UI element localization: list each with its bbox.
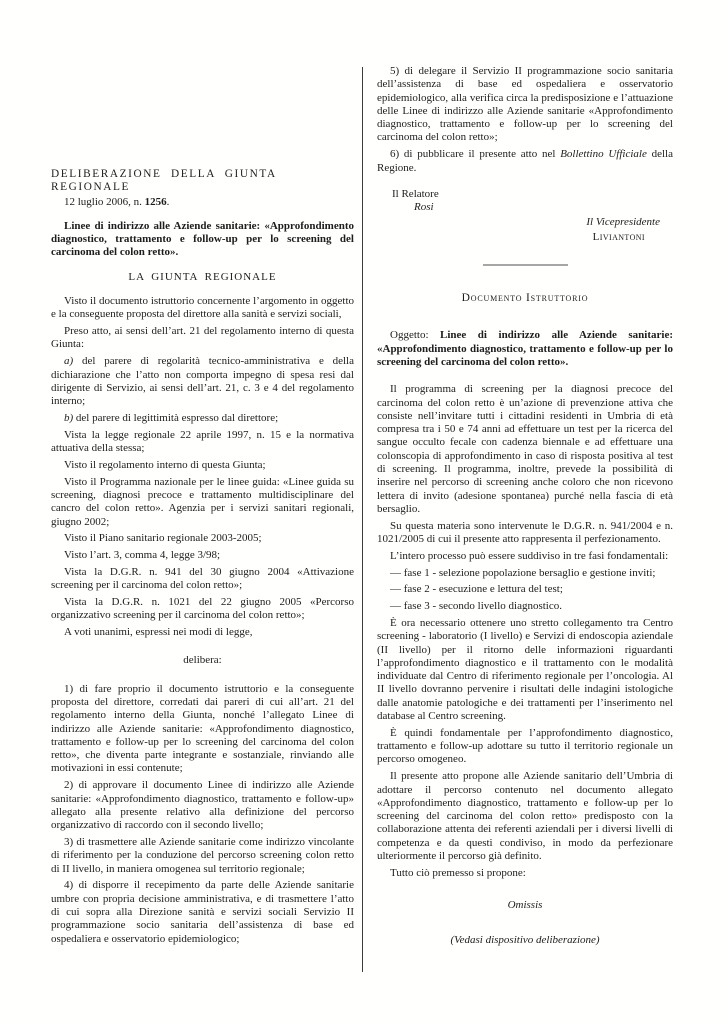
paragraph: A voti unanimi, espressi nei modi di leg… [51,626,354,639]
paragraph: Il programma di screening per la diagnos… [377,383,673,516]
paragraph: Vista la D.G.R. n. 1021 del 22 giugno 20… [51,596,354,623]
separator-rule [483,264,568,266]
document-subject: Linee di indirizzo alle Aziende sanitari… [51,220,354,260]
document-date-number: 12 luglio 2006, n. 1256. [51,196,354,209]
list-item-fase-1: — fase 1 - selezione popolazione bersagl… [377,567,673,580]
paragraph: Il presente atto propone alle Aziende sa… [377,770,673,863]
signature-relatore-name: Rosi [414,201,673,214]
paragraph: È ora necessario ottenere uno stretto co… [377,617,673,723]
section-heading-delibera: delibera: [51,654,354,667]
paragraph: 1) di fare proprio il documento istrutto… [51,683,354,776]
paragraph: Tutto ciò premesso si propone: [377,867,673,880]
vedasi-note: (Vedasi dispositivo deliberazione) [377,934,673,947]
signature-relatore-label: Il Relatore [392,188,673,201]
paragraph: Su questa materia sono intervenute le D.… [377,520,673,547]
paragraph: Preso atto, ai sensi dell’art. 21 del re… [51,325,354,352]
signature-vicepresidente-label: Il Vicepresidente [377,216,673,229]
list-item-fase-3: — fase 3 - secondo livello diagnostico. [377,600,673,613]
left-column: DELIBERAZIONE DELLA GIUNTA REGIONALE12 l… [51,168,354,946]
document-title: DELIBERAZIONE DELLA GIUNTA REGIONALE [51,168,354,195]
section-heading-giunta: LA GIUNTA REGIONALE [51,271,354,284]
paragraph: a) del parere di regolarità tecnico-ammi… [51,355,354,408]
right-column: 5) di delegare il Servizio II programmaz… [377,65,673,948]
omissis-note: Omissis [377,899,673,912]
section-heading-documento-istruttorio: Documento Istruttorio [377,292,673,305]
oggetto-paragraph: Oggetto: Linee di indirizzo alle Aziende… [377,329,673,369]
paragraph: Visto l’art. 3, comma 4, legge 3/98; [51,549,354,562]
paragraph: Visto il Programma nazionale per le line… [51,476,354,529]
paragraph: 6) di pubblicare il presente atto nel Bo… [377,148,673,175]
paragraph: È quindi fondamentale per l’approfondime… [377,727,673,767]
paragraph: 5) di delegare il Servizio II programmaz… [377,65,673,145]
column-divider [362,67,363,972]
paragraph: Visto il documento istruttorio concernen… [51,295,354,322]
paragraph: Visto il regolamento interno di questa G… [51,459,354,472]
paragraph: Vista la legge regionale 22 aprile 1997,… [51,429,354,456]
paragraph: b) del parere di legittimità espresso da… [51,412,354,425]
paragraph: 4) di disporre il recepimento da parte d… [51,879,354,945]
list-item-fase-2: — fase 2 - esecuzione e lettura del test… [377,583,673,596]
paragraph: Vista la D.G.R. n. 941 del 30 giugno 200… [51,566,354,593]
paragraph: 2) di approvare il documento Linee di in… [51,779,354,832]
signature-vicepresidente-name: Liviantoni [377,231,673,244]
document-page: DELIBERAZIONE DELLA GIUNTA REGIONALE12 l… [0,0,725,1024]
paragraph: L’intero processo può essere suddiviso i… [377,550,673,563]
paragraph: Visto il Piano sanitario regionale 2003-… [51,532,354,545]
paragraph: 3) di trasmettere alle Aziende sanitarie… [51,836,354,876]
